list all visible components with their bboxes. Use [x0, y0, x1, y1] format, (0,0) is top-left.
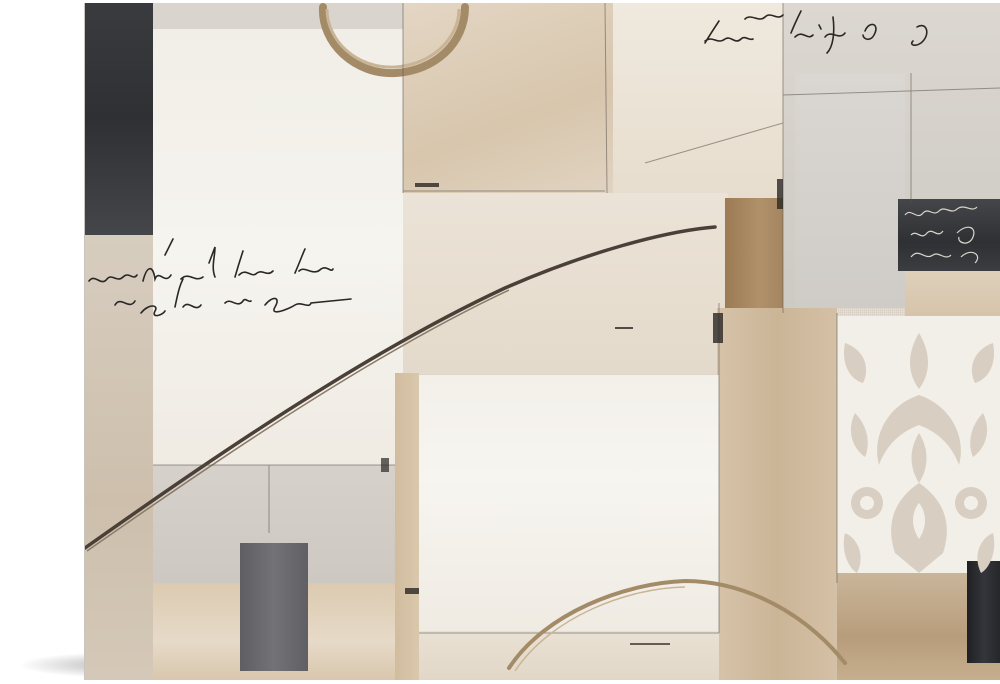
brush-strokes-layer	[85, 3, 1000, 680]
ink-grid-lines	[153, 3, 1000, 633]
diagonal-brush-line	[85, 227, 715, 551]
script-text-top-right	[705, 11, 927, 53]
chalk-script-in-block	[905, 207, 978, 263]
script-text-left	[89, 239, 351, 316]
tan-ring-top	[323, 7, 465, 73]
painting-canvas	[84, 3, 1000, 680]
arc-stroke-bottom	[509, 581, 845, 671]
ink-splatters	[381, 179, 783, 645]
